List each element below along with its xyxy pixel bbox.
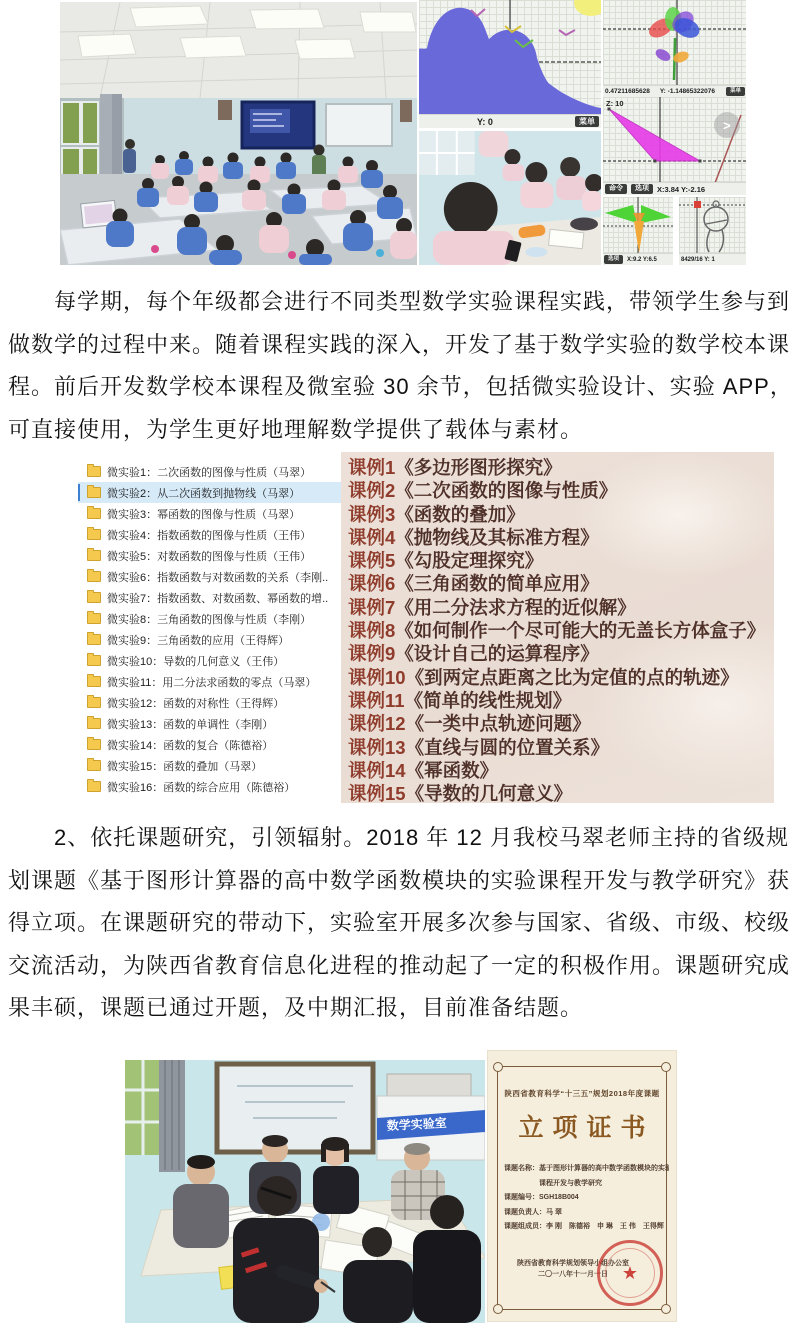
folder-icon: [87, 697, 101, 708]
course-example-item: 课例10《到两定点距离之比为定值的点的轨迹》: [348, 666, 774, 689]
certificate-field: 课程开发与教学研究: [504, 1177, 669, 1192]
course-title: 《幂函数》: [406, 760, 499, 781]
course-title: 《用二分法求方程的近似解》: [395, 597, 636, 618]
course-title: 《二次函数的图像与性质》: [395, 480, 617, 501]
certificate-field: 课题负责人：马 翠: [504, 1206, 669, 1221]
course-example-item: 课例8《如何制作一个尽可能大的无盖长方体盒子》: [348, 619, 774, 642]
calculator-screenshot-flower: 0.47211685628 Y: -1.14865322076 菜单: [603, 0, 746, 97]
course-number: 课例5: [348, 550, 395, 571]
teachers-meeting-art: 数学实验室: [125, 1060, 485, 1323]
lab-banner-text: 数学实验室: [386, 1115, 447, 1133]
paragraph-line: 得立项。在课题研究的带动下，实验室开展多次参与国家、省级、市级、校级: [8, 902, 796, 945]
paragraph-1: 每学期，每个年级都会进行不同类型数学实验课程实践，带领学生参与到做数学的过程中来…: [8, 281, 796, 451]
paragraph-line: 果丰硕，课题已通过开题，及中期汇报，目前准备结题。: [8, 987, 796, 1030]
folder-icon: [87, 529, 101, 540]
file-list-item[interactable]: 微实验9：三角函数的应用（王得辉）: [78, 629, 341, 650]
course-number: 课例7: [348, 597, 395, 618]
file-label: 微实验16：函数的综合应用（陈德裕）: [107, 779, 295, 795]
course-example-item: 课例14《幂函数》: [348, 759, 774, 782]
file-label: 微实验3：幂函数的图像与性质（马翠）: [107, 506, 300, 522]
file-label: 微实验13：函数的单调性（李刚）: [107, 716, 273, 732]
paragraph-line: 每学期，每个年级都会进行不同类型数学实验课程实践，带领学生参与到: [8, 281, 796, 324]
coords-readout: 8429/16 Y: 1: [681, 257, 715, 263]
menu-button[interactable]: 菜单: [726, 87, 745, 96]
students-closeup-art: [419, 131, 601, 265]
course-number: 课例11: [348, 690, 405, 711]
file-list-item[interactable]: 微实验10：导数的几何意义（王伟）: [78, 650, 341, 671]
folder-icon: [87, 655, 101, 666]
course-number: 课例15: [348, 783, 406, 803]
folder-icon: [87, 718, 101, 729]
course-example-item: 课例15《导数的几何意义》: [348, 782, 774, 803]
course-example-list: 课例1《多边形图形探究》 课例2《二次函数的图像与性质》 课例3《函数的叠加》 …: [341, 452, 774, 803]
course-example-item: 课例5《勾股定理探究》: [348, 549, 774, 572]
certificate-header: 陕西省教育科学“十三五”规划2018年度课题: [493, 1088, 671, 1099]
course-example-item: 课例3《函数的叠加》: [348, 503, 774, 526]
coords-readout: X:3.84 Y:-2.16: [657, 185, 705, 194]
file-list-item[interactable]: 微实验3：幂函数的图像与性质（马翠）: [78, 503, 341, 524]
course-title: 《三角函数的简单应用》: [395, 573, 599, 594]
folder-icon: [87, 466, 101, 477]
folder-icon: [87, 676, 101, 687]
folder-icon: [87, 487, 101, 498]
file-label: 微实验10：导数的几何意义（王伟）: [107, 653, 284, 669]
folder-icon: [87, 508, 101, 519]
paragraph-line: 交流活动，为陕西省教育信息化进程的推动起了一定的积极作用。课题研究成: [8, 945, 796, 988]
course-number: 课例13: [348, 737, 406, 758]
course-number: 课例8: [348, 620, 395, 641]
calculator-screenshot-mountains: Y: 0 菜单: [419, 0, 601, 128]
certificate-title: 立项证书: [487, 1108, 677, 1144]
svg-text:>: >: [723, 118, 731, 133]
seal-star-icon: ★: [622, 1263, 638, 1284]
certificate-body: 课题名称：基于图形计算器的高中数学函数模块的实验 课程开发与教学研究课题编号：S…: [504, 1162, 669, 1235]
paragraph-line: 划课题《基于图形计算器的高中数学函数模块的实验课程开发与教学研究》获: [8, 860, 796, 903]
course-title: 《函数的叠加》: [395, 504, 525, 525]
y-readout: Y: -1.14865322076: [660, 88, 715, 95]
triangle-graph-art: >: [603, 97, 746, 183]
course-number: 课例9: [348, 643, 395, 664]
file-label: 微实验11：用二分法求函数的零点（马翠）: [107, 674, 316, 690]
certificate-field: 课题名称：基于图形计算器的高中数学函数模块的实验: [504, 1162, 669, 1177]
classroom-photo: [60, 2, 417, 265]
folder-icon: [87, 739, 101, 750]
course-example-item: 课例4《抛物线及其标准方程》: [348, 526, 774, 549]
course-number: 课例10: [348, 667, 406, 688]
menu-button[interactable]: 菜单: [575, 116, 599, 128]
course-number: 课例6: [348, 573, 395, 594]
mountain-graph-art: [419, 0, 601, 115]
file-label: 微实验9：三角函数的应用（王得辉）: [107, 632, 289, 648]
students-closeup-photo: [419, 131, 601, 265]
certificate-field: 课题组成员：李 刚 陈德裕 申 琳 王 伟 王得辉: [504, 1220, 669, 1235]
file-label: 微实验4：指数函数的图像与性质（王伟）: [107, 527, 311, 543]
zoom-readout: Z: 10: [606, 99, 624, 108]
course-title: 《如何制作一个尽可能大的无盖长方体盒子》: [395, 620, 765, 641]
calculator-screenshot-triangle: > Z: 10 命令 选项 X:3.84 Y:-2.16: [603, 97, 746, 195]
x-readout: 0.47211685628: [605, 88, 650, 95]
folder-icon: [87, 760, 101, 771]
course-title: 《勾股定理探究》: [395, 550, 543, 571]
course-title: 《设计自己的运算程序》: [395, 643, 599, 664]
folder-icon: [87, 613, 101, 624]
course-title: 《简单的线性规划》: [405, 690, 572, 711]
folder-icon: [87, 634, 101, 645]
command-button[interactable]: 命令: [605, 184, 627, 194]
course-example-item: 课例7《用二分法求方程的近似解》: [348, 596, 774, 619]
file-label: 微实验8：三角函数的图像与性质（李刚）: [107, 611, 311, 627]
file-list-item[interactable]: 微实验2：从二次函数到抛物线（马翠）: [78, 482, 341, 503]
teachers-meeting-photo: 数学实验室: [125, 1060, 485, 1323]
options-button[interactable]: 选项: [631, 184, 653, 194]
file-list-item[interactable]: 微实验16：函数的综合应用（陈德裕）: [78, 776, 341, 797]
folder-icon: [87, 781, 101, 792]
file-label: 微实验14：函数的复合（陈德裕）: [107, 737, 273, 753]
file-label: 微实验2：从二次函数到抛物线（马翠）: [107, 485, 300, 501]
file-list-item[interactable]: 微实验12：函数的对称性（王得辉）: [78, 692, 341, 713]
calculator-screenshot-figure: 8429/16 Y: 1: [679, 197, 746, 265]
file-list-item[interactable]: 微实验5：对数函数的图像与性质（王伟）: [78, 545, 341, 566]
course-example-item: 课例13《直线与圆的位置关系》: [348, 736, 774, 759]
file-label: 微实验5：对数函数的图像与性质（王伟）: [107, 548, 311, 564]
paragraph-line: 做数学的过程中来。随着课程实践的深入，开发了基于数学实验的数学校本课: [8, 324, 796, 367]
file-list-item[interactable]: 微实验6：指数函数与对数函数的关系（李刚..: [78, 566, 341, 587]
file-list-item[interactable]: 微实验13：函数的单调性（李刚）: [78, 713, 341, 734]
coords-readout: X:9.2 Y:6.5: [627, 257, 657, 263]
paragraph-2: 2、依托课题研究，引领辐射。2018 年 12 月我校马翠老师主持的省级规划课题…: [8, 817, 796, 1030]
file-list-item[interactable]: 微实验4：指数函数的图像与性质（王伟）: [78, 524, 341, 545]
course-number: 课例1: [348, 457, 395, 478]
official-seal: ★: [597, 1240, 663, 1306]
course-number: 课例2: [348, 480, 395, 501]
paragraph-line: 可直接使用，为学生更好地理解数学提供了载体与素材。: [8, 409, 796, 452]
file-list-item[interactable]: 微实验15：函数的叠加（马翠）: [78, 755, 341, 776]
folder-icon: [87, 592, 101, 603]
course-number: 课例12: [348, 713, 406, 734]
course-title: 《直线与圆的位置关系》: [406, 737, 610, 758]
file-list-item[interactable]: 微实验1：二次函数的图像与性质（马翠）: [78, 461, 341, 482]
classroom-photo-art: [60, 2, 417, 265]
course-number: 课例4: [348, 527, 395, 548]
course-title: 《导数的几何意义》: [406, 783, 573, 803]
course-number: 课例14: [348, 760, 406, 781]
file-list-item[interactable]: 微实验8：三角函数的图像与性质（李刚）: [78, 608, 341, 629]
project-approval-certificate: 陕西省教育科学“十三五”规划2018年度课题 立项证书 课题名称：基于图形计算器…: [487, 1050, 677, 1322]
plane-graph-art: [603, 197, 673, 254]
file-label: 微实验15：函数的叠加（马翠）: [107, 758, 262, 774]
course-example-item: 课例6《三角函数的简单应用》: [348, 572, 774, 595]
course-example-item: 课例11《简单的线性规划》: [348, 689, 774, 712]
document-page: Y: 0 菜单: [0, 0, 800, 1328]
course-example-item: 课例1《多边形图形探究》: [348, 456, 774, 479]
options-button[interactable]: 选项: [604, 255, 623, 264]
paragraph-line: 2、依托课题研究，引领辐射。2018 年 12 月我校马翠老师主持的省级规: [8, 817, 796, 860]
course-number: 课例3: [348, 504, 395, 525]
file-label: 微实验7：指数函数、对数函数、幂函数的增..: [107, 590, 328, 606]
file-list-item[interactable]: 微实验7：指数函数、对数函数、幂函数的增..: [78, 587, 341, 608]
course-title: 《抛物线及其标准方程》: [395, 527, 599, 548]
calculator-screenshot-plane: 选项 X:9.2 Y:6.5: [603, 197, 673, 265]
course-example-item: 课例12《一类中点轨迹问题》: [348, 712, 774, 735]
micro-experiment-file-list: 微实验1：二次函数的图像与性质（马翠） 微实验2：从二次函数到抛物线（马翠） 微…: [78, 456, 341, 803]
flower-graph-art: [603, 0, 746, 86]
file-label: 微实验12：函数的对称性（王得辉）: [107, 695, 284, 711]
file-list-item[interactable]: 微实验14：函数的复合（陈德裕）: [78, 734, 341, 755]
folder-icon: [87, 571, 101, 582]
course-title: 《到两定点距离之比为定值的点的轨迹》: [406, 667, 739, 688]
certificate-field: 课题编号：SGH18B004: [504, 1191, 669, 1206]
course-example-item: 课例2《二次函数的图像与性质》: [348, 479, 774, 502]
course-example-item: 课例9《设计自己的运算程序》: [348, 642, 774, 665]
y-readout: Y: 0: [477, 117, 493, 127]
figure-graph-art: [679, 197, 746, 254]
file-list-item[interactable]: 微实验11：用二分法求函数的零点（马翠）: [78, 671, 341, 692]
course-title: 《一类中点轨迹问题》: [406, 713, 591, 734]
file-label: 微实验1：二次函数的图像与性质（马翠）: [107, 464, 311, 480]
course-title: 《多边形图形探究》: [395, 457, 562, 478]
paragraph-line: 程。前后开发数学校本课程及微室验 30 余节，包括微实验设计、实验 APP，: [8, 366, 796, 409]
file-label: 微实验6：指数函数与对数函数的关系（李刚..: [107, 569, 328, 585]
folder-icon: [87, 550, 101, 561]
